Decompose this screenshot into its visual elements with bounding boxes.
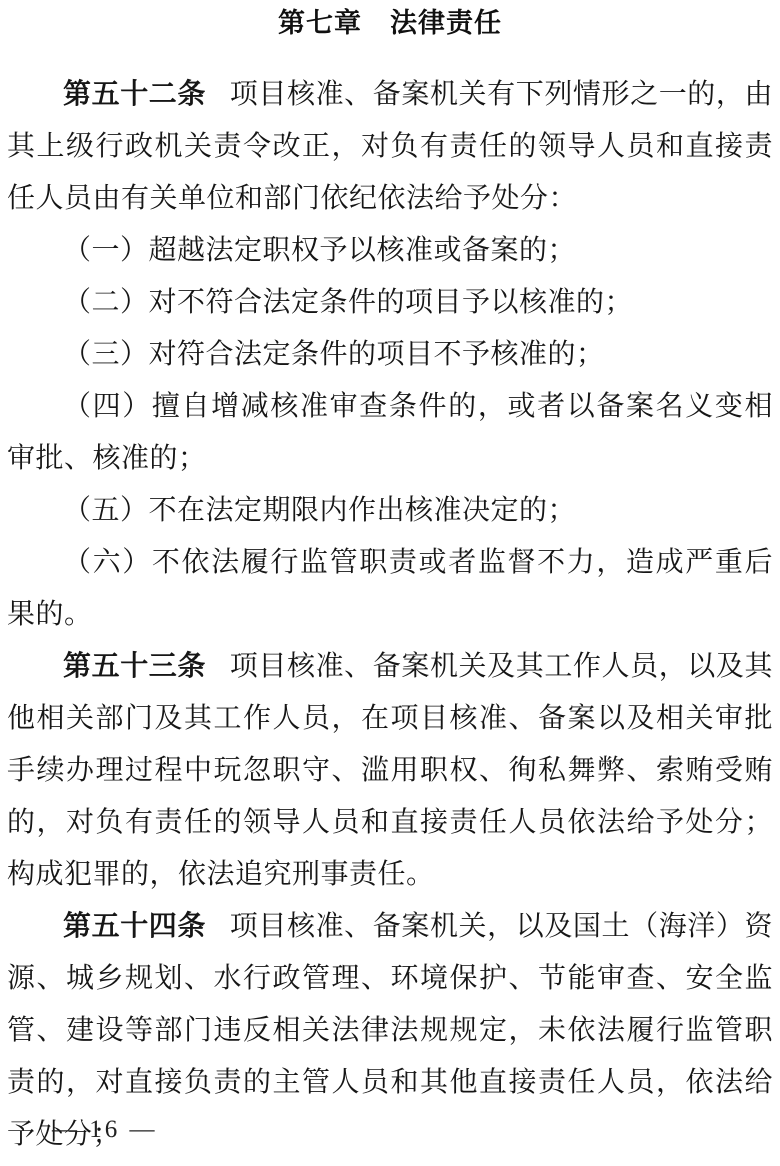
clause-item-2: （二）对不符合法定条件的项目予以核准的； — [7, 277, 773, 329]
chapter-title: 第七章 法律责任 — [0, 0, 780, 42]
document-page: 第七章 法律责任 第五十二条项目核准、备案机关有下列情形之一的，由其上级行政机关… — [0, 0, 780, 1166]
clause-item-1: （一）超越法定职权予以核准或备案的； — [7, 225, 773, 277]
article-52-paragraph: 第五十二条项目核准、备案机关有下列情形之一的，由其上级行政机关责令改正，对负有责… — [7, 69, 773, 225]
clause-item-6: （六）不依法履行监管职责或者监督不力，造成严重后果的。 — [7, 537, 773, 641]
article-54-number: 第五十四条 — [63, 911, 206, 942]
page-number: — 16 — — [52, 1116, 158, 1144]
article-52-number: 第五十二条 — [63, 79, 206, 110]
article-53-paragraph: 第五十三条项目核准、备案机关及其工作人员，以及其他相关部门及其工作人员，在项目核… — [7, 641, 773, 901]
clause-item-4: （四）擅自增减核准审查条件的，或者以备案名义变相审批、核准的； — [7, 381, 773, 485]
article-53-text: 项目核准、备案机关及其工作人员，以及其他相关部门及其工作人员，在项目核准、备案以… — [7, 651, 773, 890]
clause-item-5: （五）不在法定期限内作出核准决定的； — [7, 485, 773, 537]
article-54-text: 项目核准、备案机关，以及国土（海洋）资源、城乡规划、水行政管理、环境保护、节能审… — [7, 911, 773, 1150]
document-body: 第五十二条项目核准、备案机关有下列情形之一的，由其上级行政机关责令改正，对负有责… — [7, 69, 773, 1161]
clause-item-3: （三）对符合法定条件的项目不予核准的； — [7, 329, 773, 381]
article-53-number: 第五十三条 — [63, 651, 206, 682]
